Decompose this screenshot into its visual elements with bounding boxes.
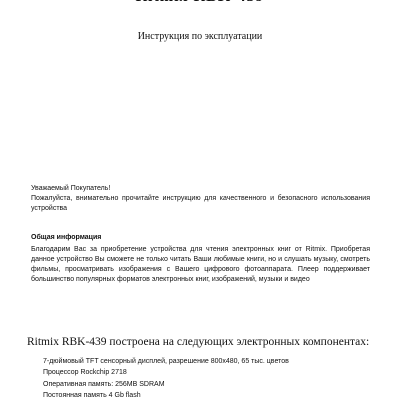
general-info-section: Общая информация Благодарим Вас за приоб…: [31, 233, 370, 285]
components-list: 7-дюймовый TFT сенсорный дисплей, разреш…: [43, 356, 353, 400]
component-list-item: Оперативная память: 256MB SDRAM: [43, 379, 353, 390]
intro-paragraph: Уважаемый Покупатель! Пожалуйста, внимат…: [31, 184, 370, 214]
general-info-text: Благодарим Вас за приобретение устройств…: [31, 245, 370, 285]
component-list-item: Постоянная память 4 Gb flash: [43, 390, 353, 400]
salutation-line: Уважаемый Покупатель!: [31, 184, 370, 194]
components-heading: Ritmix RBK-439 построена на следующих эл…: [27, 336, 387, 348]
document-subtitle: Инструкция по эксплуатации: [0, 31, 400, 42]
component-list-item: 7-дюймовый TFT сенсорный дисплей, разреш…: [43, 356, 353, 367]
document-title-clipped: Ritmix RBK-439: [0, 0, 400, 6]
intro-text: Пожалуйста, внимательно прочитайте инстр…: [31, 194, 370, 214]
general-info-heading: Общая информация: [31, 233, 370, 243]
component-list-item: Процессор Rockchip 2718: [43, 367, 353, 378]
